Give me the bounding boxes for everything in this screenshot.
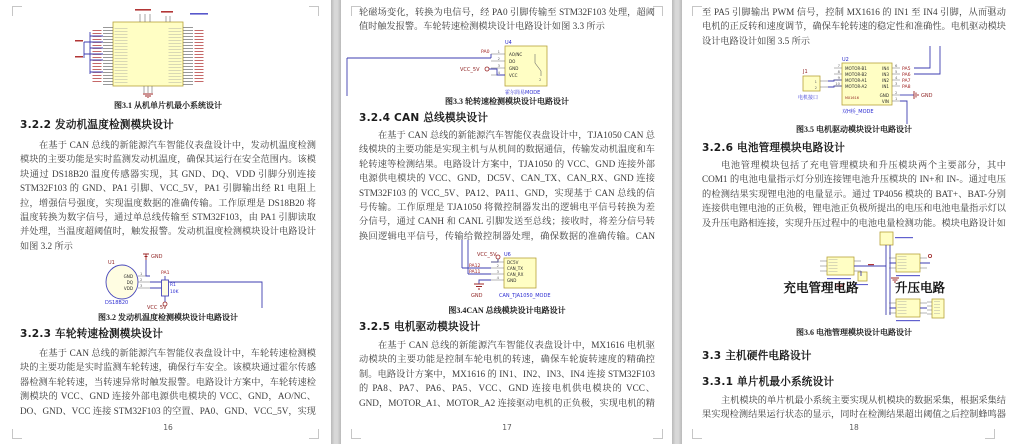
- pa0-net-label: PA0: [481, 49, 490, 55]
- component-ref: U2: [842, 57, 849, 63]
- svg-text:10K: 10K: [170, 289, 179, 295]
- gnd-net-label: GND: [151, 254, 163, 260]
- svg-text:VIN: VIN: [882, 99, 889, 104]
- svg-text:2: 2: [895, 91, 897, 95]
- boost-block-top: [889, 254, 932, 276]
- figure-3-3-schematic: U4 1 2 3 4 AO/NC DO GND VCC 2 PA0 VCC_5V: [341, 36, 672, 98]
- figure-3-3-caption: 图3.3 轮转速检测模块设计电路设计: [359, 96, 655, 107]
- svg-text:PA5: PA5: [902, 66, 911, 72]
- charge-circuit-label: 充电管理电路: [783, 280, 859, 295]
- svg-text:PA7: PA7: [902, 78, 911, 84]
- paragraph-3-2-6: 电池管理模块包括了充电管理模块和升压模块两个主要部分，其中 COM1 的电池电量…: [702, 158, 1006, 231]
- svg-text:PA6: PA6: [902, 72, 911, 78]
- svg-text:4: 4: [498, 71, 501, 75]
- figure-3-1-caption: 图3.1 从机单片机最小系统设计: [20, 100, 316, 111]
- heading-3-2-4: 3.2.4 CAN 总线模块设计: [359, 110, 655, 125]
- svg-text:VCC: VCC: [509, 73, 518, 78]
- heading-3-2-6: 3.2.6 电池管理模块电路设计: [702, 140, 1006, 155]
- hall-sensor-chip: 1 2 3 4 AO/NC DO GND VCC 2: [491, 46, 547, 86]
- page-17: 轮磁场变化，转换为电信号，经 PA0 引脚传输至 STM32F103 处理，超阈…: [341, 0, 672, 444]
- figure-3-1-schematic: [0, 2, 331, 98]
- svg-text:1: 1: [498, 50, 500, 54]
- page-16: 图3.1 从机单片机最小系统设计 3.2.2 发动机温度检测模块设计 在基于 C…: [0, 0, 331, 444]
- svg-text:VCC_5V: VCC_5V: [147, 305, 167, 310]
- figure-3-2-schematic: GND U1 GND DQ VDD 1 2 3 DS18B20 PA1 R1 1…: [85, 250, 285, 310]
- charge-manager-block: [820, 257, 861, 279]
- svg-text:1: 1: [895, 97, 897, 101]
- svg-text:GND: GND: [509, 66, 518, 71]
- left-bus-wires: [75, 32, 103, 74]
- svg-text:2: 2: [815, 86, 817, 90]
- component-ref: U4: [505, 40, 512, 46]
- svg-text:7: 7: [838, 64, 841, 68]
- page-gap: [331, 0, 341, 444]
- svg-text:GND: GND: [880, 93, 889, 98]
- svg-text:IN4: IN4: [882, 66, 889, 71]
- svg-text:1: 1: [815, 80, 817, 84]
- component-ref: U6: [504, 252, 511, 258]
- margin-corner-mark: [692, 429, 702, 439]
- heading-3-2-3: 3.2.3 车轮转速检测模块设计: [20, 326, 316, 341]
- pa1-net-label: PA1: [161, 270, 170, 276]
- svg-text:R1: R1: [170, 282, 176, 288]
- svg-text:3: 3: [140, 284, 143, 288]
- paragraph-continuation: 轮磁场变化，转换为电信号，经 PA0 引脚传输至 STM32F103 处理，超阈…: [359, 5, 655, 35]
- svg-text:IN2: IN2: [882, 78, 889, 83]
- paragraph-3-2-4: 在基于 CAN 总线的新能源汽车智能仪表盘设计中，TJA1050 CAN 总线模…: [359, 128, 655, 243]
- boost-circuit-label: 升压电路: [895, 280, 946, 295]
- svg-text:DQ: DQ: [127, 280, 133, 285]
- motor-driver-chip: 7 8 9 10 MOTOR-B1 MOTOR-B2 MOTOR-A1 MOTO…: [834, 63, 900, 105]
- svg-text:2: 2: [497, 264, 499, 268]
- svg-text:8: 8: [838, 70, 841, 74]
- pa11-net-label: PA11: [469, 269, 481, 275]
- svg-text:GND: GND: [124, 274, 133, 279]
- part-label: DS18B20: [105, 300, 128, 306]
- svg-text:VCC_5V: VCC_5V: [460, 67, 480, 73]
- switch-pin-number: 2: [539, 78, 541, 82]
- svg-text:DC5V: DC5V: [507, 260, 519, 265]
- vcc-symbol: VCC_5V: [147, 302, 167, 310]
- heading-3-2-5: 3.2.5 电机驱动模块设计: [359, 319, 655, 334]
- svg-text:4: 4: [895, 76, 898, 80]
- page-number: 18: [702, 423, 1006, 432]
- margin-corner-mark: [692, 6, 702, 16]
- figure-3-4-caption: 图3.4CAN 总线模块设计电路设计: [359, 305, 655, 316]
- svg-text:MOTOR-A1: MOTOR-A1: [845, 78, 867, 83]
- figure-3-4-schematic: VCC_5V PA12 PA11 U6 1 2 3 4 DC5V CAN_TX …: [341, 240, 672, 304]
- svg-text:6: 6: [895, 64, 898, 68]
- page-18: 至 PA5 引脚输出 PWM 信号，控制 MX1616 的 IN1 至 IN4 …: [682, 0, 1024, 444]
- svg-text:IN1: IN1: [882, 84, 889, 89]
- svg-text:5: 5: [895, 70, 898, 74]
- page-gap: [672, 0, 682, 444]
- pullup-resistor: R1 10K: [162, 276, 179, 302]
- battery-indicator-block: [880, 232, 913, 245]
- connector-ref: J1: [802, 69, 808, 75]
- svg-text:3: 3: [895, 82, 898, 86]
- svg-text:IN3: IN3: [882, 72, 889, 77]
- svg-text:GND: GND: [921, 93, 933, 99]
- svg-text:GND: GND: [471, 293, 483, 299]
- paragraph-continuation: 至 PA5 引脚输出 PWM 信号，控制 MX1616 的 IN1 至 IN4 …: [702, 5, 1006, 49]
- svg-text:CAN_TX: CAN_TX: [507, 266, 523, 271]
- svg-text:GND: GND: [507, 278, 516, 283]
- svg-text:VDD: VDD: [124, 286, 133, 291]
- part-label: 双H桥_MODE: [842, 108, 874, 115]
- page-number: 16: [20, 423, 316, 432]
- svg-text:AO/NC: AO/NC: [509, 52, 522, 57]
- vcc-net-label: VCC_5V: [477, 252, 497, 258]
- svg-text:3: 3: [497, 270, 500, 274]
- svg-text:MOTOR-B1: MOTOR-B1: [845, 66, 867, 71]
- chip-note: MX1616: [845, 96, 859, 100]
- figure-3-2-caption: 图3.2 发动机温度检测模块设计电路设计: [20, 312, 316, 323]
- part-label: CAN_TJA1050_MODE: [499, 293, 551, 299]
- paragraph-3-3-1: 主机模块的单片机最小系统主要实现从机模块的数据采集，根据采集结果实现检测结果运行…: [702, 393, 1006, 423]
- svg-text:MOTOR-A2: MOTOR-A2: [845, 84, 867, 89]
- motor-connector: 1 2 电机接口: [798, 76, 828, 101]
- connector-label: 电机接口: [798, 94, 818, 101]
- pa12-net-label: PA12: [469, 263, 481, 269]
- svg-text:9: 9: [838, 76, 841, 80]
- page-number: 17: [359, 423, 655, 432]
- document-viewer: 图3.1 从机单片机最小系统设计 3.2.2 发动机温度检测模块设计 在基于 C…: [0, 0, 1024, 444]
- svg-text:2: 2: [140, 278, 142, 282]
- svg-text:DO: DO: [509, 59, 515, 64]
- part-label: 霍尔简易MODE: [505, 89, 540, 96]
- figure-3-6-schematic: 充电管理电路 升压电路: [682, 228, 1024, 324]
- heading-3-2-2: 3.2.2 发动机温度检测模块设计: [20, 117, 316, 132]
- component-ref: U1: [108, 260, 115, 266]
- svg-text:CAN_RX: CAN_RX: [507, 272, 524, 277]
- svg-text:10: 10: [835, 82, 840, 86]
- boost-block-bottom: [889, 299, 927, 321]
- ground-symbol: GND: [143, 254, 163, 260]
- svg-text:4: 4: [497, 276, 500, 280]
- svg-text:1: 1: [497, 258, 499, 262]
- vcc-symbol: VCC_5V: [460, 67, 489, 73]
- heading-3-3: 3.3 主机硬件电路设计: [702, 348, 1006, 363]
- figure-3-5-caption: 图3.5 电机驱动模块设计电路设计: [702, 124, 1006, 135]
- paragraph-3-2-3: 在基于 CAN 总线的新能源汽车智能仪表盘设计中，车轮转速检测模块的主要功能是实…: [20, 346, 316, 419]
- figure-3-6-caption: 图3.6 电池管理模块设计电路设计: [702, 327, 1006, 338]
- paragraph-3-2-5: 在基于 CAN 总线的新能源汽车智能仪表盘设计中，MX1616 电机驱动模块的主…: [359, 338, 655, 411]
- mcu-chip: [97, 22, 199, 86]
- output-terminal-block: [927, 299, 944, 318]
- ds18b20-sensor: GND DQ VDD 1 2 3 DS18B20: [105, 265, 150, 306]
- svg-text:1: 1: [140, 272, 142, 276]
- ground-symbol: GND: [900, 91, 933, 99]
- svg-text:3: 3: [498, 64, 501, 68]
- svg-text:2: 2: [498, 57, 500, 61]
- heading-3-3-1: 3.3.1 单片机最小系统设计: [702, 374, 1006, 389]
- figure-3-5-schematic: J1 1 2 电机接口 U2 7 8 9 10 MOTOR-B1 MOTOR-B…: [682, 46, 1024, 124]
- ground-symbol: GND: [471, 280, 491, 299]
- can-transceiver-chip: 1 2 3 4 DC5V CAN_TX CAN_RX GND: [491, 258, 536, 288]
- svg-text:MOTOR-B2: MOTOR-B2: [845, 72, 867, 77]
- paragraph-3-2-2: 在基于 CAN 总线的新能源汽车智能仪表盘设计中，发动机温度检测模块的主要功能是…: [20, 138, 316, 253]
- svg-text:PA8: PA8: [902, 84, 911, 90]
